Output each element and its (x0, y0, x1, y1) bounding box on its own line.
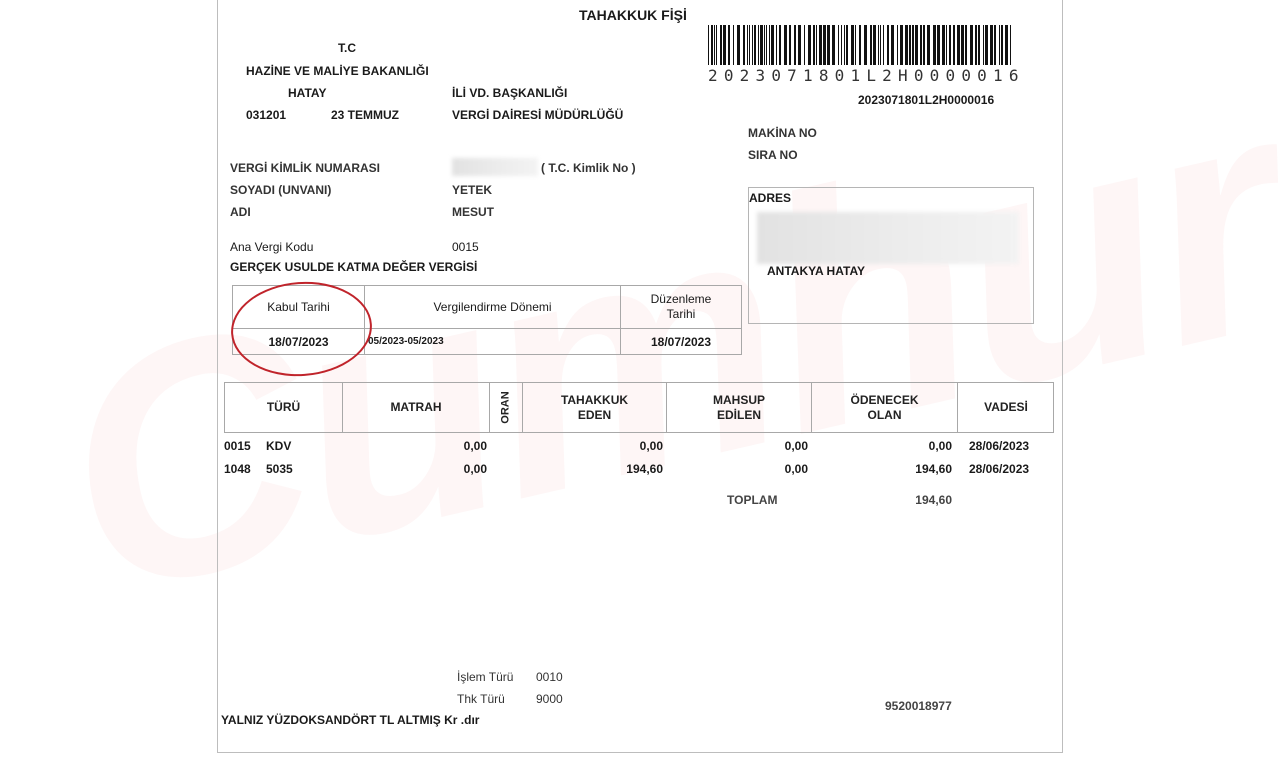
tax-assessment-slip (217, 0, 1063, 753)
